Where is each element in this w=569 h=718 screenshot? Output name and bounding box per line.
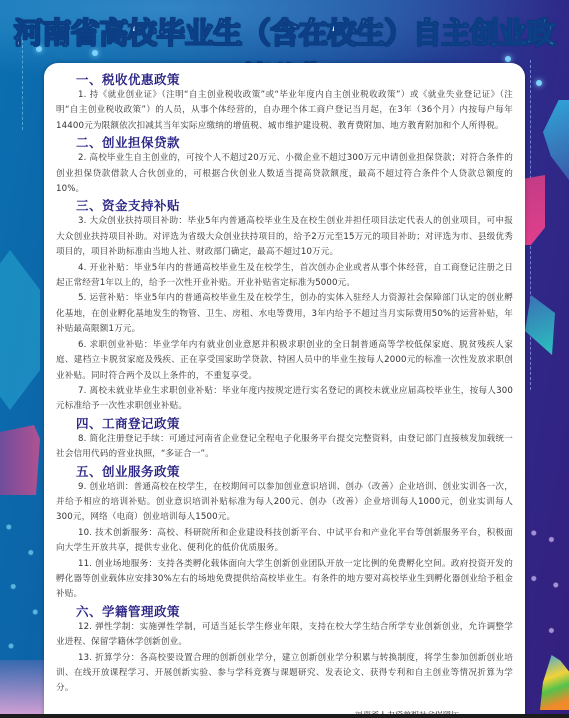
decorative-hexagon bbox=[0, 250, 40, 410]
bottom-strip bbox=[0, 714, 569, 718]
decorative-network bbox=[0, 510, 44, 680]
decorative-network bbox=[525, 520, 569, 650]
decorative-cube bbox=[543, 100, 569, 180]
section-heading: 二、创业担保贷款 bbox=[76, 134, 513, 151]
section-academic: 六、学籍管理政策 12. 弹性学制：实施弹性学制，可适当延长学生修业年限，支持在… bbox=[56, 603, 513, 697]
policy-item: 10. 技术创新服务：高校、科研院所和企业建设科技创新平台、中试平台和产业化平台… bbox=[56, 526, 513, 557]
decorative-glow bbox=[0, 660, 44, 718]
decorative-cube bbox=[525, 175, 545, 245]
policy-item: 8. 简化注册登记手续：可通过河南省企业登记全程电子化服务平台提交完整资料，由登… bbox=[56, 432, 513, 463]
policy-item: 12. 弹性学制：实施弹性学制，可适当延长学生修业年限，支持在校大学生结合所学专… bbox=[56, 620, 513, 651]
section-services: 五、创业服务政策 9. 创业培训：普通高校在校学生，在校期间可以参加创业意识培训… bbox=[56, 463, 513, 603]
policy-item: 7. 离校未就业毕业生求职创业补贴：毕业年度内按规定进行实名登记的离校未就业应届… bbox=[56, 384, 513, 415]
section-heading: 四、工商登记政策 bbox=[76, 415, 513, 432]
policy-item: 13. 折算学分：各高校要设置合理的创新创业学分，建立创新创业学分积累与转换制度… bbox=[56, 651, 513, 697]
footer-issuer-partial: 河南省人力资源和社会保障厅 bbox=[355, 711, 459, 715]
policy-item: 9. 创业培训：普通高校在校学生，在校期间可以参加创业意识培训、创办（改善）企业… bbox=[56, 480, 513, 526]
section-heading: 六、学籍管理政策 bbox=[76, 603, 513, 620]
policy-item: 2. 高校毕业生自主创业的，可按个人不超过20万元、小微企业不超过300万元申请… bbox=[56, 151, 513, 197]
section-registration: 四、工商登记政策 8. 简化注册登记手续：可通过河南省企业登记全程电子化服务平台… bbox=[56, 415, 513, 463]
policy-item: 5. 运营补贴：毕业5年内的普通高校毕业生及在校学生，创办的实体入驻经人力资源社… bbox=[56, 291, 513, 337]
section-heading: 五、创业服务政策 bbox=[76, 463, 513, 480]
section-subsidy: 三、资金支持补贴 3. 大众创业扶持项目补助：毕业5年内普通高校毕业生及在校生创… bbox=[56, 197, 513, 414]
policy-item: 1. 持《就业创业证》（注明“自主创业税收政策”或“毕业年度内自主创业税收政策”… bbox=[56, 88, 513, 134]
decorative-figures bbox=[540, 655, 569, 710]
policy-item: 4. 开业补贴：毕业5年内的普通高校毕业生及在校学生，首次创办企业或者从事个体经… bbox=[56, 261, 513, 292]
section-heading: 三、资金支持补贴 bbox=[76, 197, 513, 214]
policy-card: 一、税收优惠政策 1. 持《就业创业证》（注明“自主创业税收政策”或“毕业年度内… bbox=[44, 63, 525, 718]
section-tax: 一、税收优惠政策 1. 持《就业创业证》（注明“自主创业税收政策”或“毕业年度内… bbox=[56, 71, 513, 134]
section-loan: 二、创业担保贷款 2. 高校毕业生自主创业的，可按个人不超过20万元、小微企业不… bbox=[56, 134, 513, 197]
section-heading: 一、税收优惠政策 bbox=[76, 71, 513, 88]
decorative-cube bbox=[0, 425, 40, 495]
policy-item: 3. 大众创业扶持项目补助：毕业5年内普通高校毕业生及在校生创业并担任项目法定代… bbox=[56, 214, 513, 260]
policy-item: 6. 求职创业补贴：毕业学年内有就业创业意愿并积极求职创业的全日制普通高等学校低… bbox=[56, 338, 513, 384]
policy-item: 11. 创业场地服务：支持各类孵化载体面向大学生创新创业团队开放一定比例的免费孵… bbox=[56, 557, 513, 603]
